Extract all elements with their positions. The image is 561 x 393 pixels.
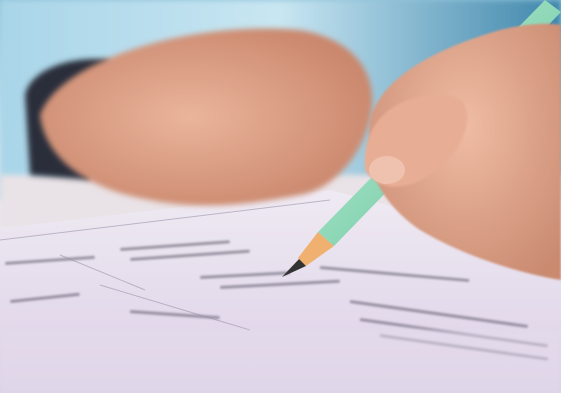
thumbnail bbox=[369, 156, 405, 184]
foreground-blur bbox=[0, 330, 561, 393]
exam-photo bbox=[0, 0, 561, 393]
photo-scene bbox=[0, 0, 561, 393]
